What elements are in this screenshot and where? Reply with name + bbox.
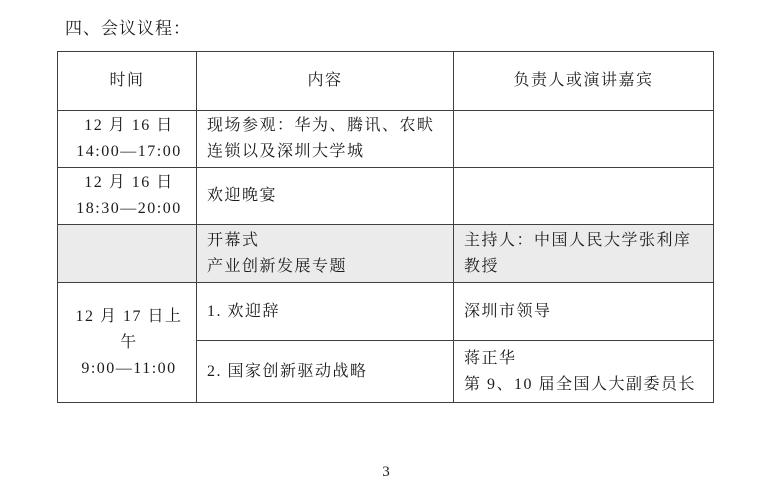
header-cell-content: 内容	[197, 52, 454, 111]
cell-time-dec16-evening: 12 月 16 日 18:30—20:00	[58, 168, 197, 225]
cell-content-national-strategy: 2. 国家创新驱动战略	[197, 341, 454, 403]
agenda-table: 时间 内容 负责人或演讲嘉宾 12 月 16 日 14:00—17:00 现场参…	[57, 51, 714, 403]
header-cell-speaker: 负责人或演讲嘉宾	[454, 52, 714, 111]
cell-content-site-visit: 现场参观：华为、腾讯、农畎 连锁以及深圳大学城	[197, 111, 454, 168]
cell-speaker-empty	[454, 111, 714, 168]
table-header-row: 时间 内容 负责人或演讲嘉宾	[58, 52, 714, 111]
document-page: 四、会议议程： 时间 内容 负责人或演讲嘉宾 12 月 16 日 14:00—1…	[0, 0, 772, 504]
cell-time-empty	[58, 225, 197, 283]
cell-speaker-jiang-zhenghua: 蒋正华 第 9、10 届全国人大副委员长	[454, 341, 714, 403]
header-cell-time: 时间	[58, 52, 197, 111]
cell-content-welcome-speech: 1. 欢迎辞	[197, 283, 454, 341]
section-title: 四、会议议程：	[65, 14, 191, 39]
cell-time-dec16-afternoon: 12 月 16 日 14:00—17:00	[58, 111, 197, 168]
cell-time-dec17-morning: 12 月 17 日上午 9:00—11:00	[58, 283, 197, 403]
table-row: 12 月 16 日 14:00—17:00 现场参观：华为、腾讯、农畎 连锁以及…	[58, 111, 714, 168]
page-number: 3	[0, 464, 772, 481]
cell-speaker-host: 主持人：中国人民大学张利庠 教授	[454, 225, 714, 283]
cell-content-opening-ceremony: 开幕式 产业创新发展专题	[197, 225, 454, 283]
table-row-highlighted: 开幕式 产业创新发展专题 主持人：中国人民大学张利庠 教授	[58, 225, 714, 283]
cell-speaker-shenzhen-leaders: 深圳市领导	[454, 283, 714, 341]
table-row: 12 月 16 日 18:30—20:00 欢迎晚宴	[58, 168, 714, 225]
table-row: 12 月 17 日上午 9:00—11:00 1. 欢迎辞 深圳市领导	[58, 283, 714, 341]
cell-content-welcome-banquet: 欢迎晚宴	[197, 168, 454, 225]
cell-speaker-empty	[454, 168, 714, 225]
